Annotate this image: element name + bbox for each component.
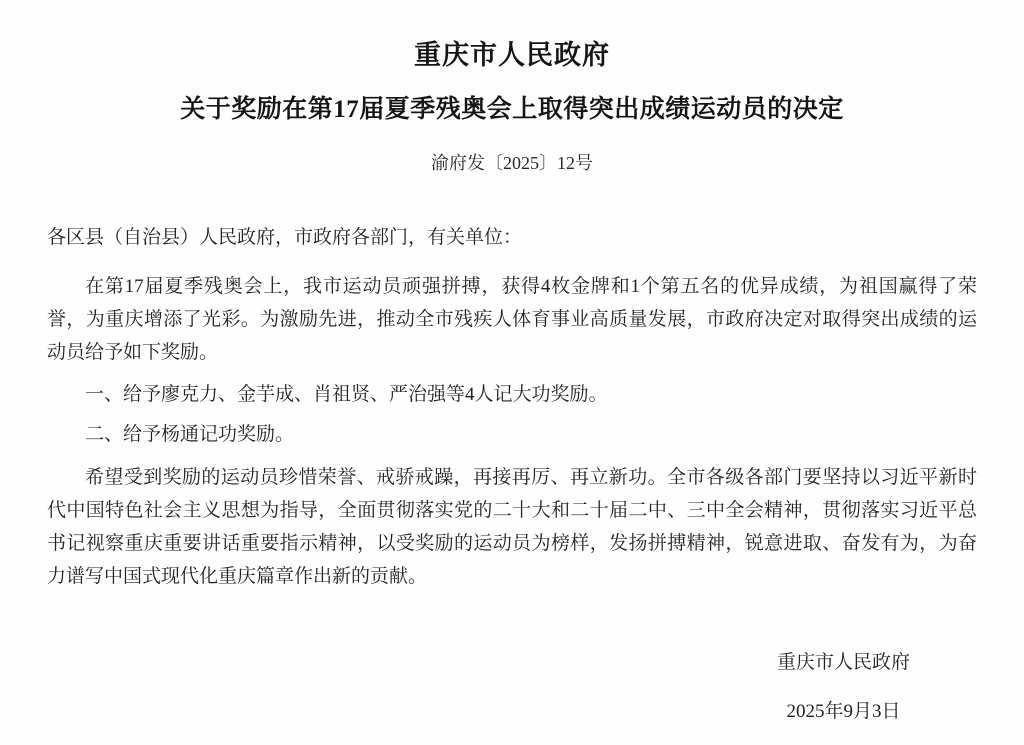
paragraph-award-item-2: 二、给予杨通记功奖励。 (47, 418, 977, 451)
signature-authority: 重庆市人民政府 (777, 646, 910, 679)
salutation-line: 各区县（自治县）人民政府，市政府各部门，有关单位： (47, 221, 977, 254)
issuing-authority-title: 重庆市人民政府 (47, 36, 977, 74)
document-body: 各区县（自治县）人民政府，市政府各部门，有关单位： 在第17届夏季残奥会上，我市… (47, 221, 977, 728)
document-title: 关于奖励在第17届夏季残奥会上取得突出成绩运动员的决定 (47, 92, 977, 128)
paragraph-closing: 希望受到奖励的运动员珍惜荣誉、戒骄戒躁，再接再厉、再立新功。全市各级各部门要坚持… (47, 461, 977, 593)
signature-date: 2025年9月3日 (786, 695, 900, 728)
document-page: 重庆市人民政府 关于奖励在第17届夏季残奥会上取得突出成绩运动员的决定 渝府发〔… (0, 0, 1024, 745)
document-number: 渝府发〔2025〕12号 (47, 151, 977, 175)
signature-block: 重庆市人民政府 2025年9月3日 (777, 646, 910, 728)
paragraph-intro: 在第17届夏季残奥会上，我市运动员顽强拼搏，获得4枚金牌和1个第五名的优异成绩，… (47, 270, 977, 369)
paragraph-award-item-1: 一、给予廖克力、金芋成、肖祖贤、严治强等4人记大功奖励。 (47, 378, 977, 411)
